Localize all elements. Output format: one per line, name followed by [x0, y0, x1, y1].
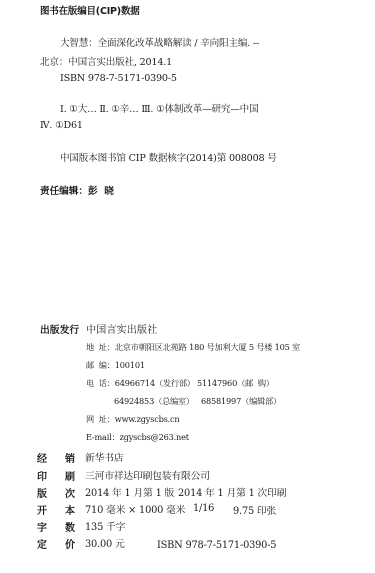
detail-label-a: 版: [37, 485, 47, 500]
detail-label-b: 销: [65, 450, 75, 465]
website-label: 网 址：: [86, 414, 115, 424]
phone-number: 68581997: [201, 396, 241, 406]
phone-row-2: 64924853（总编室）: [114, 396, 194, 407]
cip-subject-line-2: Ⅳ. ①D61: [40, 120, 83, 131]
address-value: 北京市朝阳区北苑路 180 号加利大厦 5 号楼 105 室: [115, 342, 300, 352]
detail-label-a: 开: [37, 502, 47, 517]
address-row: 地 址：北京市朝阳区北苑路 180 号加利大厦 5 号楼 105 室: [86, 342, 300, 353]
cip-record-number: 中国版本图书馆 CIP 数据核字(2014)第 008008 号: [60, 150, 277, 164]
phone-dept: （邮 购）: [237, 378, 274, 388]
printing-value: 2014 年 1 月第 1 次印刷: [178, 485, 286, 499]
isbn-footer: ISBN 978-7-5171-0390-5: [157, 540, 276, 551]
cip-title-line: 大智慧：全面深化改革战略解读 / 辛向阳主编. --: [60, 35, 259, 49]
email-row: E-mail：zgyscbs@263.net: [86, 432, 189, 443]
postcode-row: 邮 编：100101: [86, 360, 145, 371]
phone-editorial: 68581997（编辑部）: [201, 396, 281, 407]
detail-label-b: 本: [65, 502, 75, 517]
phone-dept: （编辑部）: [241, 396, 281, 406]
postcode-value: 100101: [115, 360, 145, 370]
printer-value: 三河市祥达印刷包装有限公司: [85, 468, 210, 482]
phone-mail-order: 51147960（邮 购）: [197, 378, 274, 389]
cip-subject-line-1: Ⅰ. ①大… Ⅱ. ①辛… Ⅲ. ①体制改革—研究—中国: [60, 101, 258, 115]
editor-label: 责任编辑：: [40, 186, 88, 197]
postcode-label: 邮 编：: [86, 360, 115, 370]
phone-dept: （发行部）: [155, 378, 195, 388]
phone-label: 电 话：: [86, 378, 115, 388]
detail-label-b: 次: [65, 485, 75, 500]
cip-heading: 图书在版编目(CIP)数据: [40, 3, 140, 17]
word-count-value: 135 千字: [85, 519, 125, 533]
phone-number: 51147960: [197, 378, 237, 388]
phone-dept: （总编室）: [154, 396, 194, 406]
address-label: 地 址：: [86, 342, 115, 352]
editor-name: 彭 晓: [88, 186, 114, 197]
detail-label-a: 定: [37, 536, 47, 551]
cip-isbn-line: ISBN 978-7-5171-0390-5: [60, 73, 177, 84]
format-value: 710 毫米 × 1000 毫米: [85, 502, 185, 516]
distributor-value: 新华书店: [85, 450, 123, 464]
cip-publisher-line: 北京：中国言实出版社, 2014.1: [40, 54, 172, 68]
publisher-name: 中国言实出版社: [86, 321, 157, 336]
printed-sheets-value: 9.75 印张: [233, 503, 276, 517]
edition-value: 2014 年 1 月第 1 版: [85, 485, 174, 499]
website-link[interactable]: www.zgyscbs.cn: [115, 414, 180, 424]
website-row: 网 址：www.zgyscbs.cn: [86, 414, 180, 425]
email-link[interactable]: zgyscbs@263.net: [120, 432, 189, 442]
detail-label-b: 刷: [65, 468, 75, 483]
responsible-editor: 责任编辑：彭 晓: [40, 183, 114, 197]
phone-number: 64924853: [114, 396, 154, 406]
phone-number: 64966714: [115, 378, 155, 388]
format-fraction: 1/16: [193, 503, 214, 514]
detail-label-a: 字: [37, 519, 47, 534]
email-label: E-mail：: [86, 432, 120, 442]
detail-label-a: 印: [37, 468, 47, 483]
detail-label-b: 数: [65, 519, 75, 534]
price-value: 30.00 元: [85, 536, 125, 550]
publisher-label: 出版发行: [40, 322, 79, 336]
phone-row-1: 电 话：64966714（发行部）: [86, 378, 195, 389]
detail-label-a: 经: [37, 450, 47, 465]
detail-label-b: 价: [65, 536, 75, 551]
